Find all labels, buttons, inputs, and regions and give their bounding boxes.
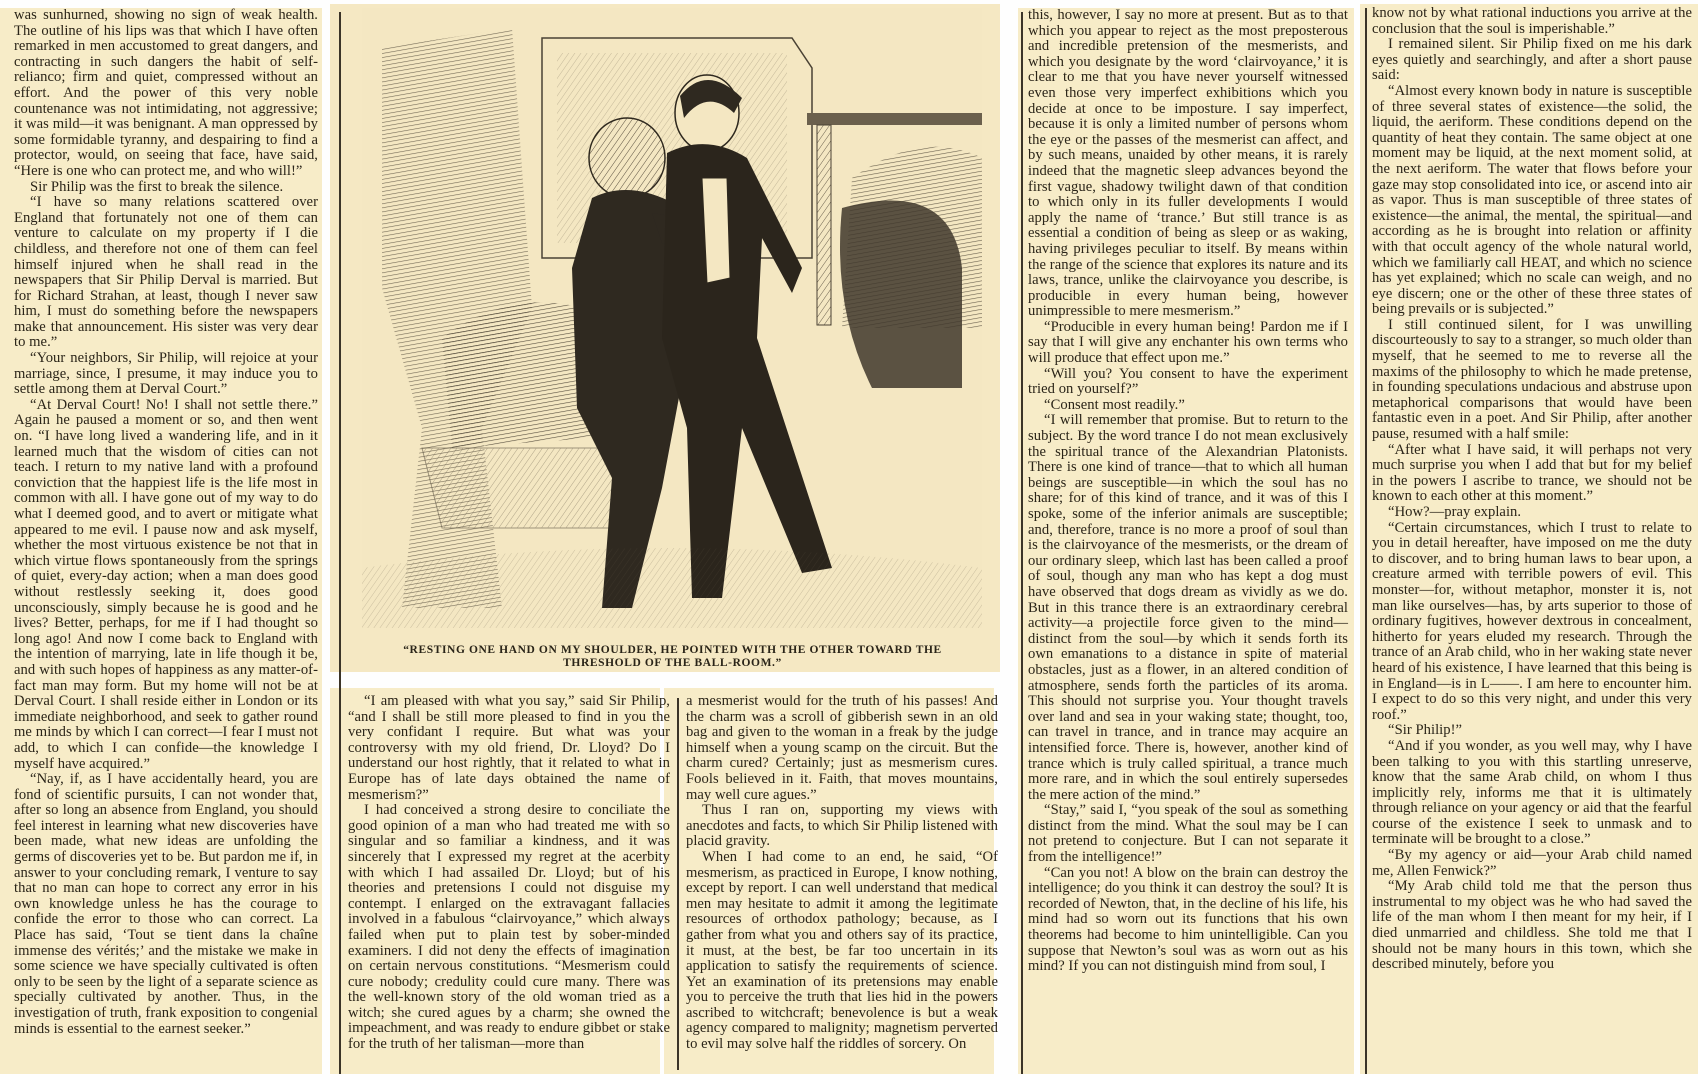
paragraph: “Your neighbors, Sir Philip, will rejoic…	[14, 351, 318, 398]
paragraph: a mesmerist would for the truth of his p…	[686, 694, 998, 803]
paragraph: When I had come to an end, he said, “Of …	[686, 850, 998, 1053]
paragraph: “I have so many relations scattered over…	[14, 195, 318, 351]
caption-line-2: THRESHOLD OF THE BALL-ROOM.”	[345, 657, 1000, 670]
column-rule	[1365, 8, 1367, 1074]
paragraph: “Consent most readily.”	[1028, 398, 1348, 414]
article-column-3: a mesmerist would for the truth of his p…	[686, 694, 998, 1053]
paragraph: “Can you not! A blow on the brain can de…	[1028, 866, 1348, 975]
illustration-caption: “RESTING ONE HAND ON MY SHOULDER, HE POI…	[345, 644, 1000, 670]
article-column-4: this, however, I say no more at present.…	[1028, 8, 1348, 975]
paragraph: “Producible in every human being! Pardon…	[1028, 320, 1348, 367]
engraving-illustration	[362, 8, 982, 628]
paragraph: I remained silent. Sir Philip fixed on m…	[1372, 37, 1692, 84]
paragraph: “At Derval Court! No! I shall not settle…	[14, 398, 318, 772]
paragraph: I still continued silent, for I was unwi…	[1372, 318, 1692, 443]
paragraph: “My Arab child told me that the person t…	[1372, 879, 1692, 973]
paragraph: I had conceived a strong desire to conci…	[348, 803, 670, 1053]
paragraph: know not by what rational inductions you…	[1372, 6, 1692, 37]
paragraph: “Sir Philip!”	[1372, 723, 1692, 739]
paragraph: was sunhurned, showing no sign of weak h…	[14, 8, 318, 180]
paragraph: Sir Philip was the first to break the si…	[14, 180, 318, 196]
paragraph: this, however, I say no more at present.…	[1028, 8, 1348, 320]
column-rule	[1021, 12, 1023, 1074]
column-rule	[339, 12, 341, 1074]
paragraph: “I will remember that promise. But to re…	[1028, 413, 1348, 803]
paragraph: “Almost every known body in nature is su…	[1372, 84, 1692, 318]
paragraph: “How?—pray explain.	[1372, 505, 1692, 521]
column-rule	[677, 698, 679, 1070]
paragraph: “Stay,” said I, “you speak of the soul a…	[1028, 803, 1348, 865]
paragraph: “After what I have said, it will perhaps…	[1372, 443, 1692, 505]
paragraph: “Nay, if, as I have accidentally heard, …	[14, 772, 318, 1037]
paragraph: “I am pleased with what you say,” said S…	[348, 694, 670, 803]
article-column-5: know not by what rational inductions you…	[1372, 6, 1692, 973]
article-column-2: “I am pleased with what you say,” said S…	[348, 694, 670, 1053]
paragraph: “By my agency or aid—your Arab child nam…	[1372, 848, 1692, 879]
paragraph: “And if you wonder, as you well may, why…	[1372, 739, 1692, 848]
engraving-two-men-icon	[362, 8, 982, 628]
paragraph: “Will you? You consent to have the exper…	[1028, 367, 1348, 398]
paragraph: Thus I ran on, supporting my views with …	[686, 803, 998, 850]
paragraph: “Certain circumstances, which I trust to…	[1372, 521, 1692, 724]
caption-line-1: “RESTING ONE HAND ON MY SHOULDER, HE POI…	[345, 644, 1000, 657]
article-column-1: was sunhurned, showing no sign of weak h…	[14, 8, 318, 1037]
